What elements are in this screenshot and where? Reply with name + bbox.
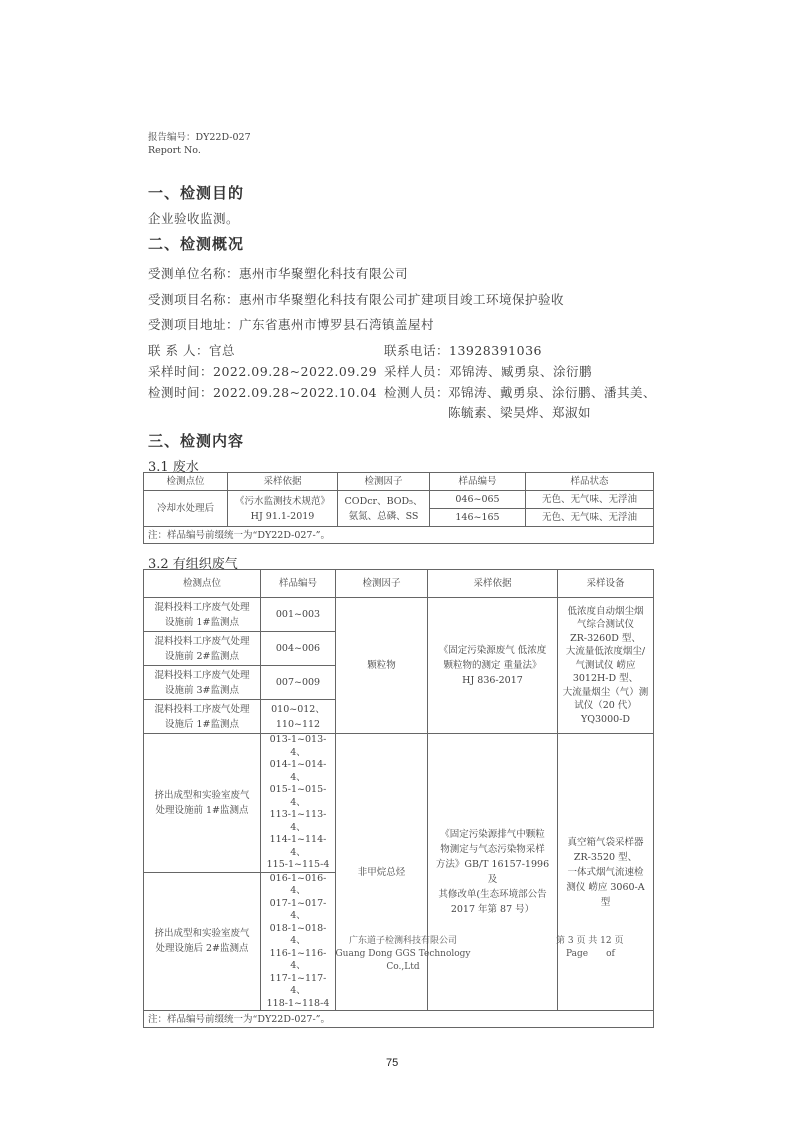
testing-staff-line-2: 陈毓素、梁昊烨、郑淑如 (448, 403, 591, 421)
project-name: 受测项目名称：惠州市华聚塑化科技有限公司扩建项目竣工环境保护验收 (148, 290, 564, 308)
basis-line: 颗粒物的测定 重量法》 (431, 658, 554, 673)
sample-state: 无色、无气味、无浮油 (526, 509, 654, 527)
test-factors: CODcr、BOD₅、 氨氮、总磷、SS (338, 491, 430, 527)
page-indicator-en: Page of (556, 948, 623, 961)
point-line: 挤出成型和实验室废气 (147, 788, 257, 803)
header-cell: 采样依据 (428, 570, 558, 598)
sampling-time: 采样时间：2022.09.28~2022.09.29 (148, 362, 377, 380)
section-1-title: 一、检测目的 (148, 182, 244, 203)
pdf-page-number: 75 (386, 1057, 398, 1069)
monitoring-point: 挤出成型和实验室废气 处理设施后 2#监测点 (144, 872, 261, 1011)
monitoring-point: 混料投料工序废气处理 设施前 2#监测点 (144, 632, 261, 666)
header-cell: 样品编号 (430, 473, 526, 491)
point-line: 挤出成型和实验室废气 (147, 926, 257, 941)
sample-number-line: 113-1~113-4、 (264, 809, 332, 834)
sample-number: 146~165 (430, 509, 526, 527)
point-line: 设施前 3#监测点 (147, 683, 257, 698)
test-factor: 颗粒物 (336, 598, 428, 734)
monitoring-point: 挤出成型和实验室废气 处理设施前 1#监测点 (144, 734, 261, 873)
sampling-basis: 《污水监测技术规范》 HJ 91.1-2019 (228, 491, 338, 527)
equipment-line: 测仪 崂应 3060-A (561, 880, 650, 895)
point-line: 处理设施后 2#监测点 (147, 941, 257, 956)
basis-line: 其修改单(生态环境部公告 (431, 887, 554, 902)
report-number: 报告编号：DY22D-027 Report No. (148, 131, 251, 157)
table-note-row: 注：样品编号前缀统一为“DY22D-027-”。 (144, 1011, 654, 1028)
basis-line: 《污水监测技术规范》 (231, 494, 334, 509)
sample-number-line: 010~012、 (264, 702, 332, 717)
sample-state: 无色、无气味、无浮油 (526, 491, 654, 509)
header-cell: 检测点位 (144, 570, 261, 598)
table-header-row: 检测点位 样品编号 检测因子 采样依据 采样设备 (144, 570, 654, 598)
sampling-equipment: 低浓度自动烟尘烟 气综合测试仪 ZR-3260D 型、 大流量低浓度烟尘/ 气测… (558, 598, 654, 734)
point-line: 混料投料工序废气处理 (147, 668, 257, 683)
testing-staff-line-1: 邓锦涛、戴勇泉、涂衍鹏、潘其美、 (448, 383, 656, 401)
equipment-line: 3012H-D 型、 (561, 672, 650, 686)
header-cell: 检测因子 (338, 473, 430, 491)
sample-number-line: 118-1~118-4 (264, 998, 332, 1011)
monitoring-point: 混料投料工序废气处理 设施前 3#监测点 (144, 666, 261, 700)
company-name-en: Guang Dong GGS Technology Co.,Ltd (318, 948, 488, 974)
sampling-equipment: 真空箱气袋采样器 ZR-3520 型、 一体式烟气流速检 测仪 崂应 3060-… (558, 734, 654, 1011)
header-cell: 采样设备 (558, 570, 654, 598)
basis-line: 方法》GB/T 16157-1996 及 (431, 857, 554, 887)
sample-number-line: 115-1~115-4 (264, 859, 332, 872)
sampling-staff: 采样人员：邓锦涛、臧勇泉、涂衍鹏 (384, 362, 592, 380)
factor-line: CODcr、BOD₅、 (341, 494, 426, 509)
sample-number: 010~012、 110~112 (261, 700, 336, 734)
monitoring-point: 冷却水处理后 (144, 491, 228, 527)
company-name-cn: 广东道子检测科技有限公司 (318, 935, 488, 948)
point-line: 混料投料工序废气处理 (147, 702, 257, 717)
page-indicator-cn: 第 3 页 共 12 页 (556, 935, 623, 948)
sample-number: 001~003 (261, 598, 336, 632)
sample-number: 007~009 (261, 666, 336, 700)
equipment-line: ZR-3520 型、 (561, 850, 650, 865)
basis-line: HJ 836-2017 (431, 673, 554, 688)
unit-name: 受测单位名称：惠州市华聚塑化科技有限公司 (148, 264, 408, 282)
wastewater-table: 检测点位 采样依据 检测因子 样品编号 样品状态 冷却水处理后 《污水监测技术规… (143, 472, 654, 544)
equipment-line: 型 (561, 895, 650, 910)
sample-number: 004~006 (261, 632, 336, 666)
equipment-line: 气测试仪 崂应 (561, 659, 650, 673)
contact-phone: 联系电话：13928391036 (384, 341, 542, 359)
monitoring-point: 混料投料工序废气处理 设施后 1#监测点 (144, 700, 261, 734)
point-line: 混料投料工序废气处理 (147, 600, 257, 615)
header-cell: 检测因子 (336, 570, 428, 598)
sample-number-line: 013-1~013-4、 (264, 734, 332, 759)
point-line: 处理设施前 1#监测点 (147, 803, 257, 818)
section-1-text: 企业验收监测。 (148, 209, 239, 227)
sample-number-line: 117-1~117-4、 (264, 973, 332, 998)
monitoring-point: 混料投料工序废气处理 设施前 1#监测点 (144, 598, 261, 632)
point-line: 混料投料工序废气处理 (147, 634, 257, 649)
header-cell: 样品状态 (526, 473, 654, 491)
footer-pagination: 第 3 页 共 12 页 Page of (556, 935, 623, 961)
contact-person: 联 系 人：官总 (148, 341, 235, 359)
sample-number-line: 014-1~014-4、 (264, 759, 332, 784)
basis-line: 《固定污染源排气中颗粒 (431, 827, 554, 842)
table-header-row: 检测点位 采样依据 检测因子 样品编号 样品状态 (144, 473, 654, 491)
equipment-line: 大流量烟尘（气）测 (561, 686, 650, 700)
sampling-basis: 《固定污染源废气 低浓度 颗粒物的测定 重量法》 HJ 836-2017 (428, 598, 558, 734)
header-cell: 采样依据 (228, 473, 338, 491)
table-row: 挤出成型和实验室废气 处理设施前 1#监测点 013-1~013-4、 014-… (144, 734, 654, 873)
section-2-title: 二、检测概况 (148, 233, 244, 254)
header-cell: 检测点位 (144, 473, 228, 491)
equipment-line: 大流量低浓度烟尘/ (561, 645, 650, 659)
sample-number-line: 015-1~015-4、 (264, 784, 332, 809)
testing-staff-label: 检测人员： (384, 383, 449, 401)
table-note: 注：样品编号前缀统一为“DY22D-027-”。 (144, 527, 654, 544)
table-note-row: 注：样品编号前缀统一为“DY22D-027-”。 (144, 527, 654, 544)
point-line: 设施后 1#监测点 (147, 717, 257, 732)
sample-number-line: 016-1~016-4、 (264, 873, 332, 898)
factor-line: 氨氮、总磷、SS (341, 509, 426, 524)
basis-line: 《固定污染源废气 低浓度 (431, 643, 554, 658)
sample-number-line: 110~112 (264, 717, 332, 732)
point-line: 设施前 2#监测点 (147, 649, 257, 664)
footer-company: 广东道子检测科技有限公司 Guang Dong GGS Technology C… (318, 935, 488, 974)
table-note: 注：样品编号前缀统一为“DY22D-027-”。 (144, 1011, 654, 1028)
equipment-line: 真空箱气袋采样器 (561, 835, 650, 850)
equipment-line: ZR-3260D 型、 (561, 632, 650, 646)
header-cell: 样品编号 (261, 570, 336, 598)
sample-number: 013-1~013-4、 014-1~014-4、 015-1~015-4、 1… (261, 734, 336, 873)
basis-line: 2017 年第 87 号） (431, 902, 554, 917)
report-number-label-en: Report No. (148, 144, 251, 157)
table-row: 混料投料工序废气处理 设施前 1#监测点 001~003 颗粒物 《固定污染源废… (144, 598, 654, 632)
equipment-line: YQ3000-D (561, 713, 650, 727)
basis-line: 物测定与气态污染物采样 (431, 842, 554, 857)
section-3-title: 三、检测内容 (148, 430, 244, 451)
equipment-line: 一体式烟气流速检 (561, 865, 650, 880)
point-line: 设施前 1#监测点 (147, 615, 257, 630)
equipment-line: 低浓度自动烟尘烟 (561, 605, 650, 619)
report-number-label: 报告编号：DY22D-027 (148, 131, 251, 144)
sample-number-line: 114-1~114-4、 (264, 834, 332, 859)
sample-number-line: 017-1~017-4、 (264, 898, 332, 923)
project-address: 受测项目地址：广东省惠州市博罗县石湾镇盖屋村 (148, 315, 434, 333)
basis-line: HJ 91.1-2019 (231, 509, 334, 524)
equipment-line: 试仪（20 代） (561, 699, 650, 713)
table-row: 冷却水处理后 《污水监测技术规范》 HJ 91.1-2019 CODcr、BOD… (144, 491, 654, 509)
sample-number: 046~065 (430, 491, 526, 509)
equipment-line: 气综合测试仪 (561, 618, 650, 632)
testing-time: 检测时间：2022.09.28~2022.10.04 (148, 383, 377, 401)
